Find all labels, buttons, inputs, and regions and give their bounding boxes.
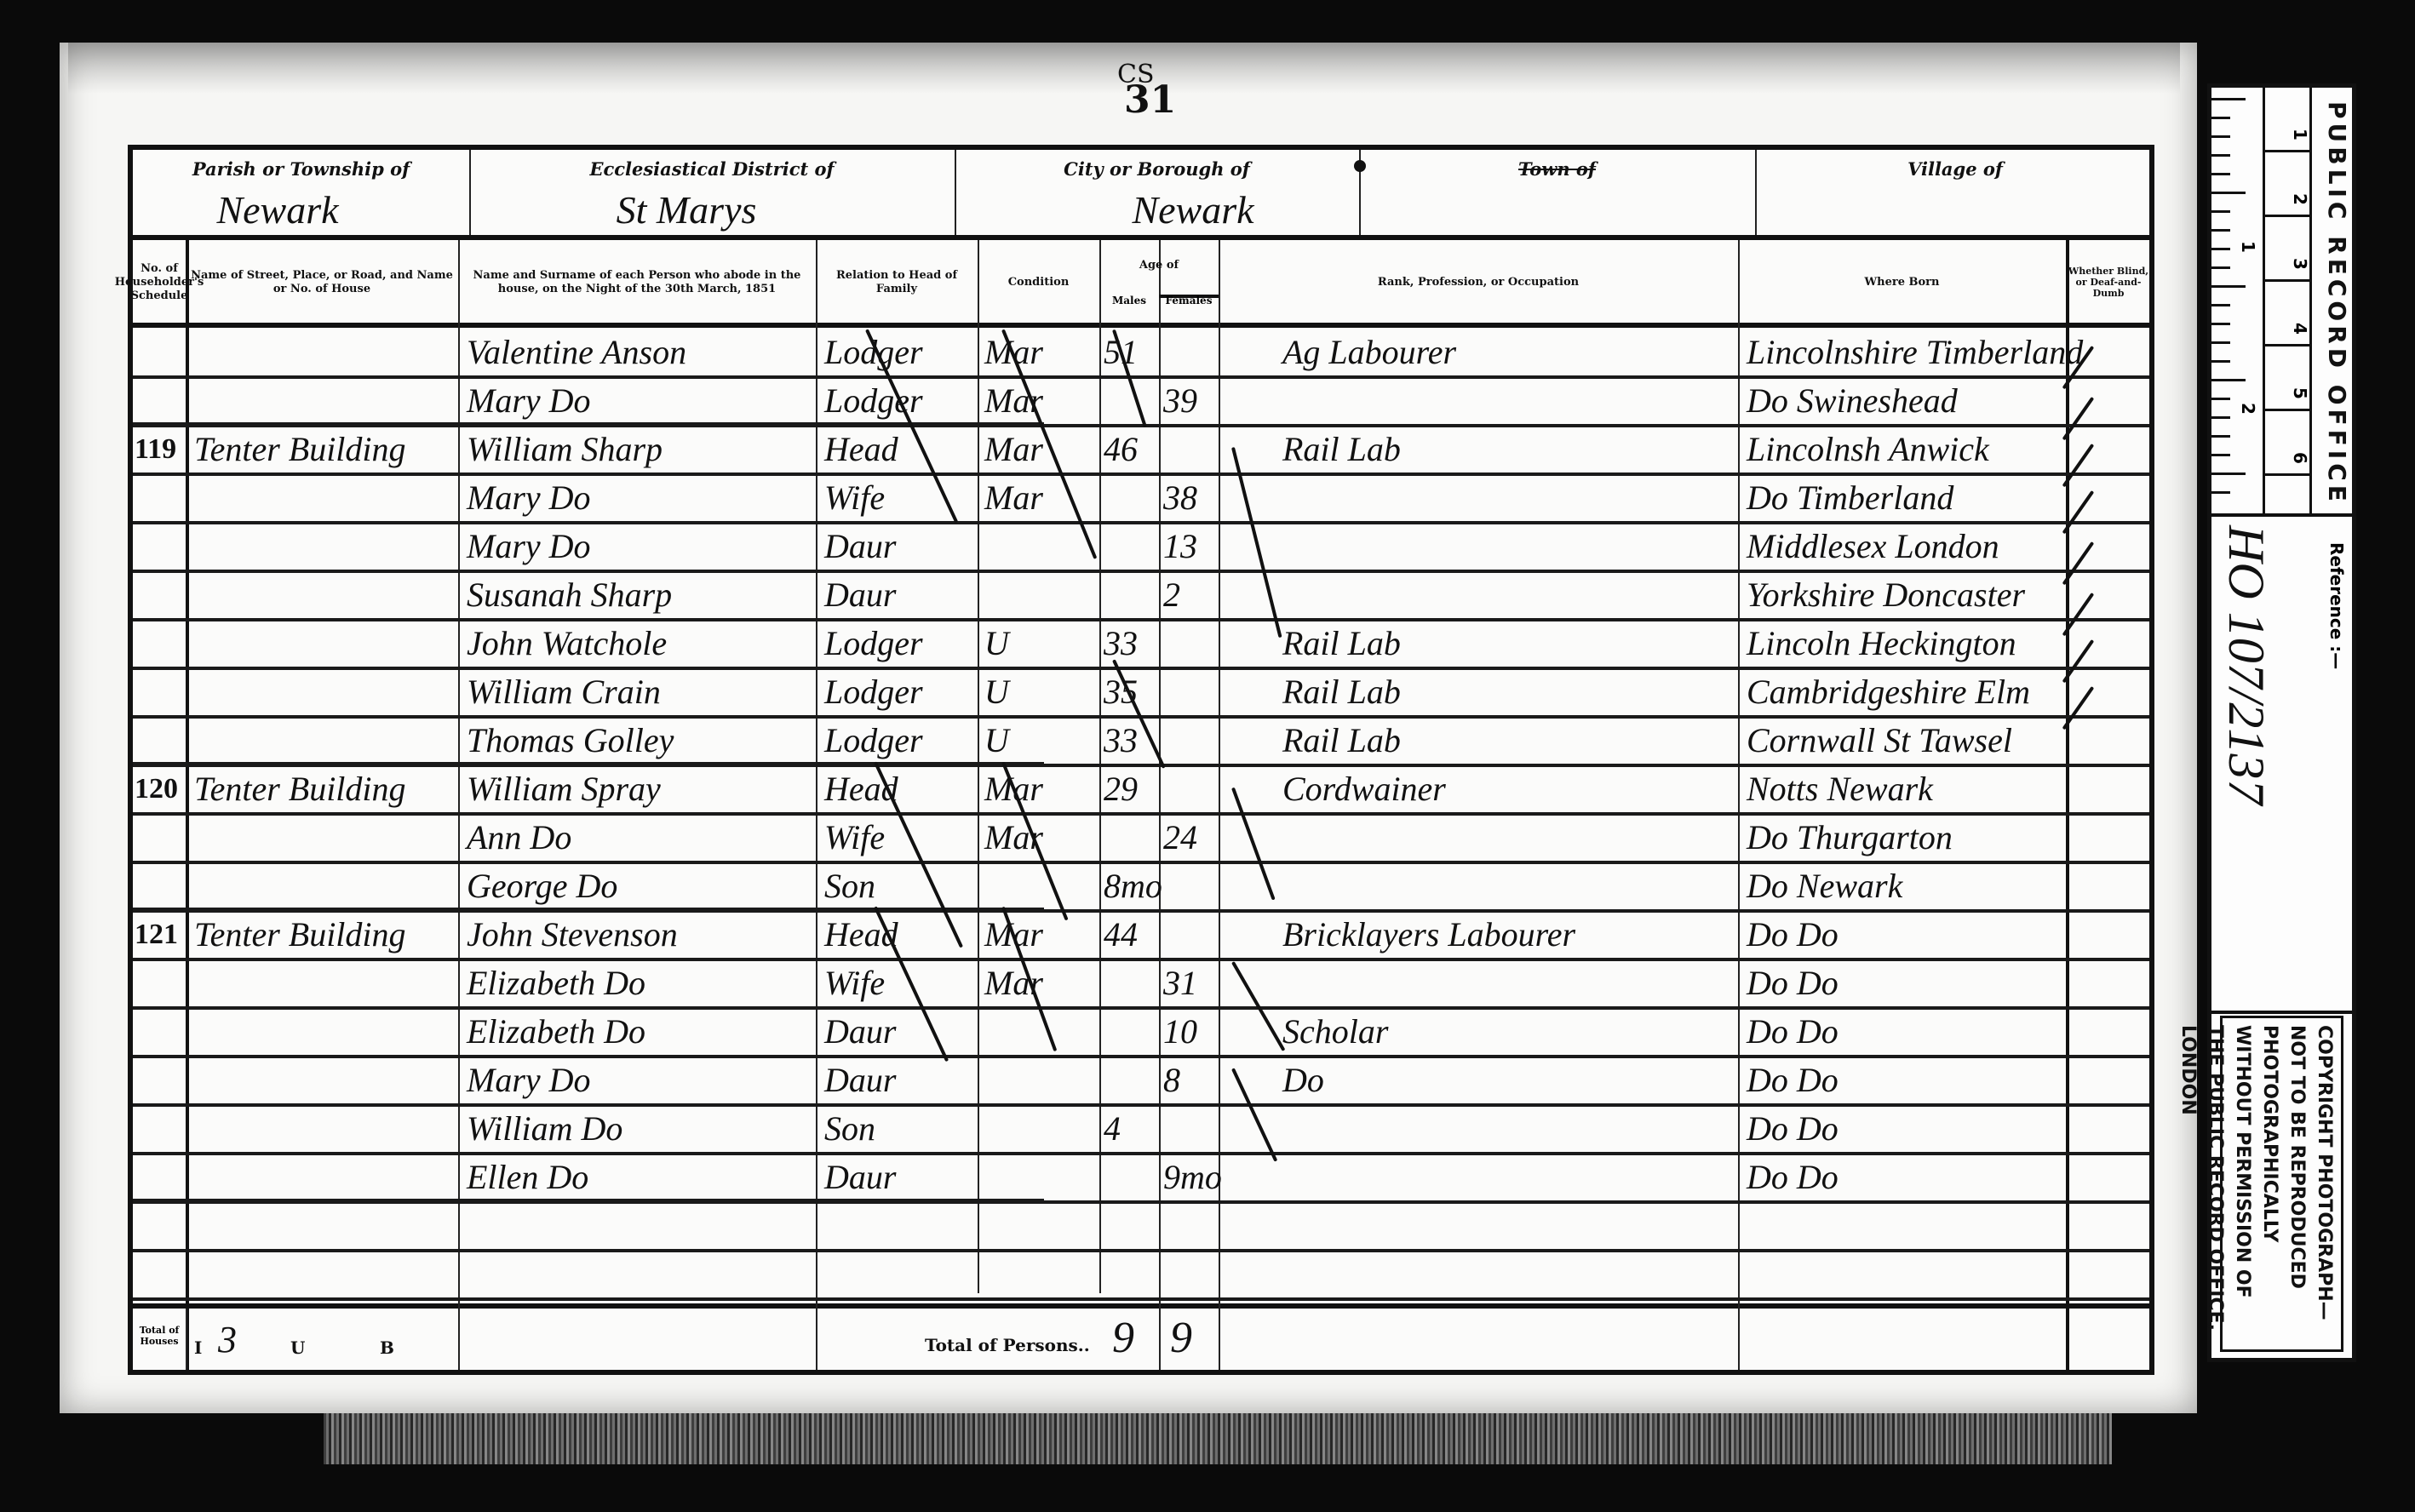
birthplace-cell: Do Do [1747,1010,1838,1054]
tally-mark [1231,1068,1277,1161]
scale-cell: 5 [2263,346,2309,411]
females-total: 9 [1170,1316,1192,1360]
relation-cell: Lodger [824,621,923,666]
birthplace-cell: Middlesex London [1747,524,1999,569]
female-age-cell: 8 [1163,1058,1180,1102]
occupation-cell: Rail Lab [1282,719,1401,763]
relation-cell: Wife [824,961,885,1005]
reference-label: Reference :— [2326,542,2347,669]
name-cell: Elizabeth Do [467,961,645,1005]
birthplace-cell: Do Do [1747,1155,1838,1200]
ruler-tick [2211,472,2246,475]
name-cell: William Do [467,1107,622,1151]
col-header-blind-deaf: Whether Blind, or Deaf-and-Dumb [2066,242,2151,323]
birthplace-cell: Lincolnsh Anwick [1747,427,1989,472]
male-age-cell: 4 [1104,1107,1121,1151]
name-cell: Mary Do [467,1058,591,1102]
ecclesiastical-value: St Marys [559,187,814,232]
ruler-number: 1 [2238,241,2258,253]
relation-cell: Daur [824,524,896,569]
birthplace-cell: Lincolnshire Timberland [1747,330,2083,375]
male-age-cell: 46 [1104,427,1138,472]
ruler-tick [2211,416,2230,419]
birthplace-cell: Do Do [1747,1107,1838,1151]
male-age-cell: 29 [1104,767,1138,811]
street-cell: Tenter Building [194,913,406,957]
relation-cell: Daur [824,1058,896,1102]
street-cell: Tenter Building [194,427,406,472]
occupation-cell: Rail Lab [1282,621,1401,666]
birthplace-cell: Cambridgeshire Elm [1747,670,2030,714]
female-age-cell: 13 [1163,524,1197,569]
male-age-cell: 44 [1104,913,1138,957]
col-header-occupation: Rank, Profession, or Occupation [1219,242,1738,323]
borough-label: City or Borough of [955,158,1359,180]
relation-cell: Lodger [824,719,923,763]
males-total: 9 [1112,1316,1134,1360]
ruler-tick [2211,229,2230,232]
ecclesiastical-label: Ecclesiastical District of [469,158,955,180]
census-enumeration-table: Parish or Township of Newark Ecclesiasti… [128,145,2154,1375]
inhabited-houses-total: 3 [218,1318,237,1362]
female-age-cell: 31 [1163,961,1197,1005]
scale-cell: 1 [2263,88,2309,152]
parish-value: Newark [150,187,405,232]
birthplace-cell: Lincoln Heckington [1747,621,2016,666]
ruler-tick [2211,341,2230,344]
occupation-cell: Bricklayers Labourer [1282,913,1575,957]
ruler-tick [2211,435,2230,438]
public-record-office-label: 12 123456 PUBLIC RECORD OFFICE Reference… [2207,83,2356,1362]
male-age-cell: 33 [1104,719,1138,763]
row-rule [133,1249,2149,1252]
schedule-number: 119 [135,427,176,472]
scale-cell: 4 [2263,282,2309,346]
ruler-tick [2211,210,2230,213]
female-age-cell: 24 [1163,816,1197,860]
ruler-tick [2211,398,2230,400]
col-header-relation: Relation to Head of Family [816,242,978,323]
folio-number: CS 31 [1124,78,1176,122]
ruler-tick [2211,323,2230,325]
birthplace-cell: Do Timberland [1747,476,1953,520]
town-label: Town of [1359,158,1755,180]
male-age-cell: 33 [1104,621,1138,666]
schedule-end-rule [133,908,1044,913]
ruler-tick [2211,360,2230,363]
tally-mark [1231,787,1276,901]
condition-cell: U [984,719,1009,763]
birthplace-cell: Do Do [1747,961,1838,1005]
condition-cell: U [984,670,1009,714]
uninhabited-prefix: U [290,1337,305,1358]
copyright-notice: COPYRIGHT PHOTOGRAPH—NOT TO BE REPRODUCE… [2220,1016,2343,1352]
ruler-tick [2211,285,2246,288]
measurement-ruler: 12 [2211,88,2265,513]
occupation-cell: Do [1282,1058,1324,1102]
col-header-age: Age of [1099,242,1219,289]
ruler-tick [2211,192,2246,194]
name-cell: Ann Do [467,816,571,860]
name-cell: Mary Do [467,379,591,423]
name-cell: Elizabeth Do [467,1010,645,1054]
building-prefix: B [380,1337,394,1358]
female-age-cell: 10 [1163,1010,1197,1054]
name-cell: John Watchole [467,621,667,666]
row-rule [133,1006,2149,1010]
scale-cell: 6 [2263,411,2309,476]
name-cell: Mary Do [467,524,591,569]
occupation-cell: Cordwainer [1282,767,1446,811]
total-houses-label: Total of Houses [135,1325,184,1347]
row-rule [133,1055,2149,1058]
ruler-tick [2211,379,2246,381]
birthplace-cell: Do Do [1747,913,1838,957]
schedule-number: 121 [135,913,178,957]
name-cell: Ellen Do [467,1155,588,1200]
birthplace-cell: Notts Newark [1747,767,1933,811]
female-age-cell: 39 [1163,379,1197,423]
relation-cell: Wife [824,816,885,860]
relation-cell: Daur [824,1155,896,1200]
ruler-tick [2211,154,2230,157]
row-rule [133,1297,2149,1301]
totals-divider [133,1303,2149,1309]
ruler-tick [2211,304,2230,306]
name-cell: George Do [467,864,617,908]
row-rule [133,958,2149,961]
relation-cell: Son [824,1107,875,1151]
schedule-end-rule [133,1199,1044,1204]
name-cell: John Stevenson [467,913,678,957]
parish-label: Parish or Township of [133,158,469,180]
name-cell: William Sharp [467,427,663,472]
name-cell: William Spray [467,767,661,811]
condition-cell: U [984,621,1009,666]
village-label: Village of [1755,158,2155,180]
scale-cell: 3 [2263,217,2309,282]
schedule-end-rule [133,762,1044,767]
ruler-tick [2211,248,2230,250]
birthplace-cell: Do Thurgarton [1747,816,1953,860]
birthplace-cell: Do Swineshead [1747,379,1958,423]
condition-cell: Mar [984,427,1043,472]
schedule-end-rule [133,422,1044,427]
birthplace-cell: Do Newark [1747,864,1902,908]
relation-cell: Head [824,427,898,472]
borough-value: Newark [1053,187,1334,232]
reference-value: HO 107/2137 [2217,525,2275,805]
occupation-cell: Scholar [1282,1010,1388,1054]
col-header-males: Males [1099,295,1159,306]
name-cell: Susanah Sharp [467,573,672,617]
ruler-number: 2 [2238,403,2258,415]
reference-box: Reference :— HO 107/2137 [2211,513,2352,1014]
relation-cell: Lodger [824,670,923,714]
archive-title: PUBLIC RECORD OFFICE [2307,94,2351,512]
row-rule [133,1103,2149,1107]
birthplace-cell: Do Do [1747,1058,1838,1102]
name-cell: Thomas Golley [467,719,674,763]
relation-cell: Son [824,864,875,908]
col-header-name: Name and Surname of each Person who abod… [458,242,816,323]
condition-cell: Mar [984,476,1043,520]
scale-cell: 2 [2263,152,2309,217]
condition-cell: Mar [984,379,1043,423]
relation-cell: Wife [824,476,885,520]
col-header-condition: Condition [978,242,1099,323]
ruler-tick [2211,135,2230,138]
name-cell: Valentine Anson [467,330,686,375]
female-age-cell: 2 [1163,573,1180,617]
male-age-cell: 8mo [1104,864,1162,908]
occupation-cell: Rail Lab [1282,427,1401,472]
schedule-number: 120 [135,767,178,811]
column-divider [186,1309,187,1370]
name-cell: William Crain [467,670,661,714]
ruler-tick [2211,117,2230,119]
column-divider [458,1309,460,1370]
occupation-cell: Ag Labourer [1282,330,1456,375]
col-header-where-born: Where Born [1738,242,2066,323]
folio-prefix: CS [1117,60,1155,89]
inhabited-prefix: I [194,1337,202,1358]
birthplace-cell: Cornwall St Tawsel [1747,719,2012,763]
ruler-tick [2211,266,2230,269]
col-header-schedule: No. of Householder's Schedule [133,242,186,323]
col-header-females: Females [1159,295,1219,306]
ruler-tick [2211,491,2230,494]
female-age-cell: 9mo [1163,1155,1222,1200]
ruler-tick [2211,454,2230,456]
col-header-street: Name of Street, Place, or Road, and Name… [186,242,458,323]
relation-cell: Lodger [824,330,923,375]
header-divider [133,235,2149,240]
name-cell: Mary Do [467,476,591,520]
grey-scale-strip: 123456 [2263,88,2312,513]
ruler-tick [2211,173,2230,175]
row-rule [133,1152,2149,1155]
birthplace-cell: Yorkshire Doncaster [1747,573,2025,617]
female-age-cell: 38 [1163,476,1197,520]
relation-cell: Daur [824,573,896,617]
ruler-tick [2211,98,2246,100]
occupation-cell: Rail Lab [1282,670,1401,714]
relation-cell: Daur [824,1010,896,1054]
header-divider [133,323,2149,328]
total-persons-label: Total of Persons.. [925,1335,1090,1355]
street-cell: Tenter Building [194,767,406,811]
